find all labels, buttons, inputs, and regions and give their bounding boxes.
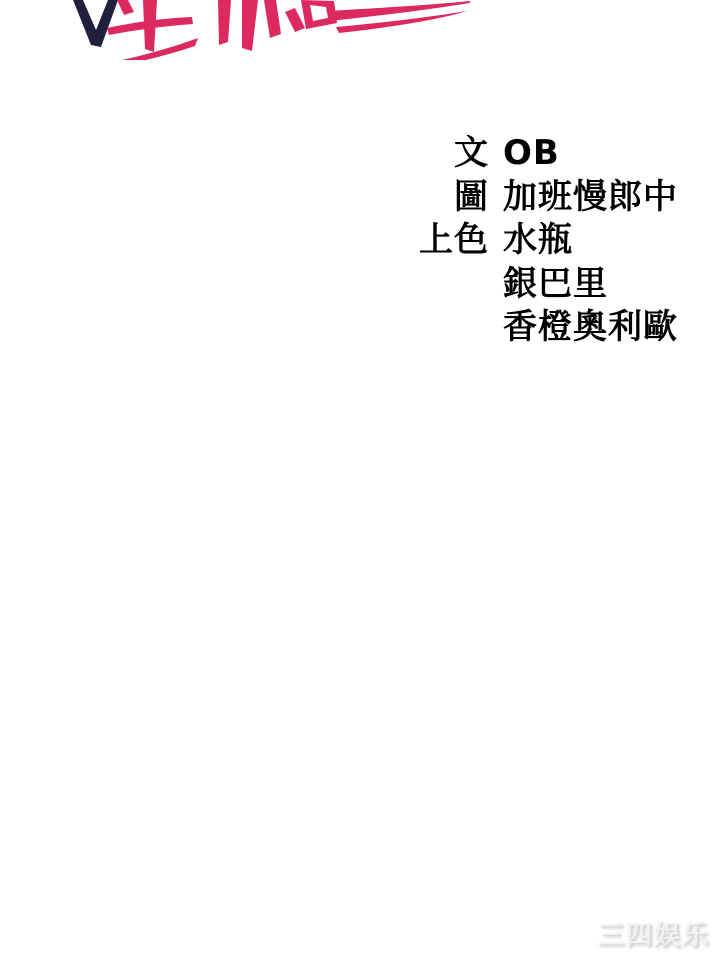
series-title-logo-art xyxy=(0,0,480,60)
logo-v-stroke xyxy=(73,0,118,47)
credit-name: 銀巴里 xyxy=(503,263,608,307)
site-watermark: 三四娱乐 xyxy=(598,915,710,952)
credit-row: 上色 水瓶 xyxy=(419,219,709,263)
credits-block: 文 OB 圖 加班慢郎中 上色 水瓶 銀巴里 香橙奧利歐 xyxy=(419,132,709,350)
credit-name: 加班慢郎中 xyxy=(503,176,678,220)
credit-row: 銀巴里 xyxy=(419,263,709,307)
comic-credits-page: 文 OB 圖 加班慢郎中 上色 水瓶 銀巴里 香橙奧利歐 三四娱乐 xyxy=(0,0,720,962)
credit-name: OB xyxy=(503,132,560,176)
credit-role-label: 上色 xyxy=(419,219,489,263)
credit-name: 水瓶 xyxy=(503,219,573,263)
credit-role-label: 文 xyxy=(419,132,489,176)
series-title-logo xyxy=(0,0,480,60)
logo-brush-strokes xyxy=(102,0,470,60)
credit-row: 文 OB xyxy=(419,132,709,176)
credit-row: 圖 加班慢郎中 xyxy=(419,176,709,220)
credit-role-label: 圖 xyxy=(419,176,489,220)
credit-name: 香橙奧利歐 xyxy=(503,306,678,350)
credit-row: 香橙奧利歐 xyxy=(419,306,709,350)
